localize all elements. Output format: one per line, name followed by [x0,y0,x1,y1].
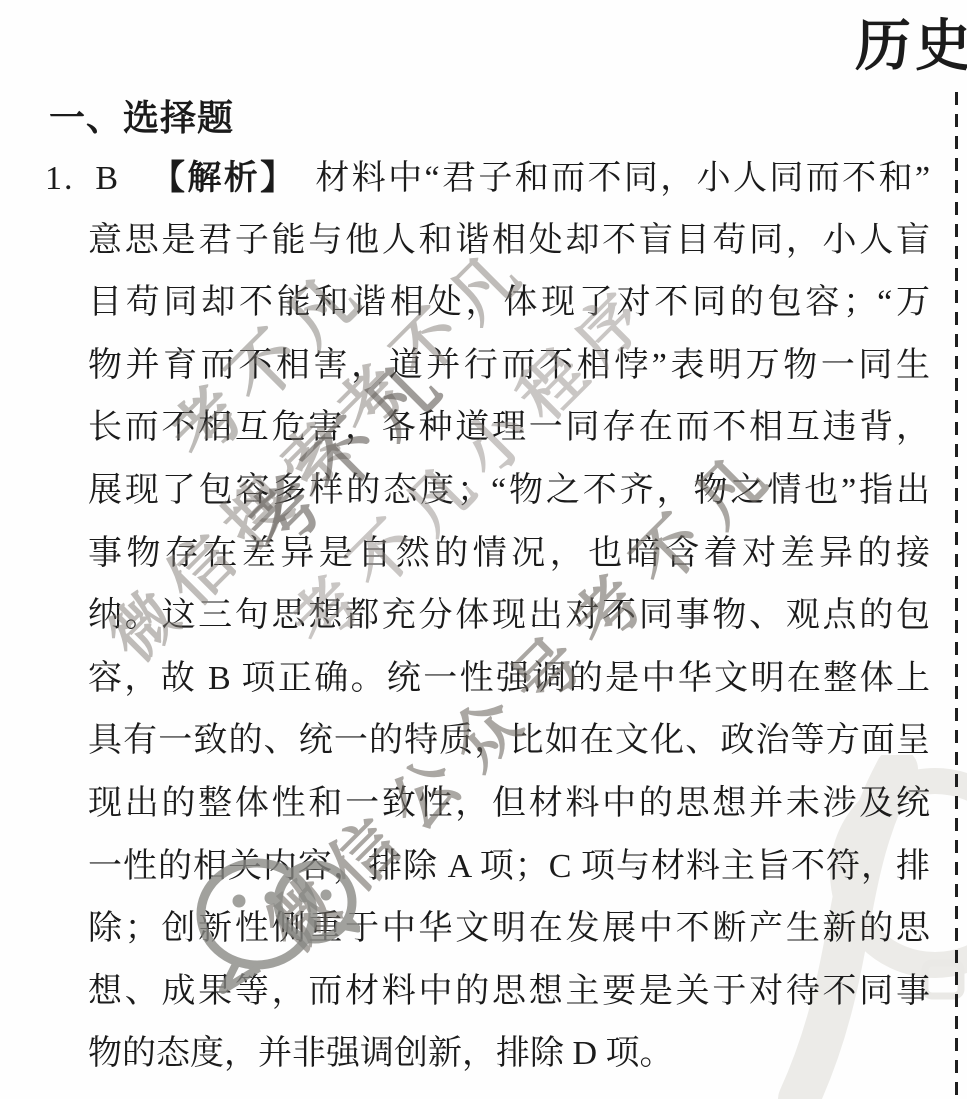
answer-line: 事物存在差异是自然的情况，也暗含着对差异的接 [88,523,930,586]
answer-line: 具有一致的、统一的特质，比如在文化、政治等方面呈 [88,710,930,773]
section-heading: 一、选择题 [49,90,234,141]
analysis-tag: 【解析】 [151,159,297,197]
scanned-answer-page: { "page": { "title": "历史(", "section_hea… [0,0,967,1099]
answer-line: 想、成果等，而材料中的思想主要是关于对待不同事 [88,961,930,1024]
answer-line: 展现了包容多样的态度；“物之不齐，物之情也”指出 [88,460,930,523]
column-divider-dashed-line [955,92,958,1099]
answer-line: 一性的相关内容，排除 A 项；C 项与材料主旨不符，排 [88,836,930,899]
answer-line: 目苟同却不能和谐相处，体现了对不同的包容；“万 [88,272,930,335]
answer-explanation-block: 1. B 【解析】 材料中“君子和而不同，小人同而不和” 意思是君子能与他人和谐… [45,147,930,1086]
answer-line: 物的态度，并非强调创新，排除 D 项。 [88,1023,930,1086]
question-number: 1. [45,160,75,197]
answer-line: 长而不相互危害，各种道理一同存在而不相互违背， [88,397,930,460]
answer-line: 除；创新性侧重于中华文明在发展中不断产生新的思 [88,898,930,961]
answer-line: 现出的整体性和一致性，但材料中的思想并未涉及统 [88,773,930,836]
answer-line: 1. B 【解析】 材料中“君子和而不同，小人同而不和” [45,147,930,210]
page-title: 历史( [855,2,967,82]
answer-line: 物并育而不相害，道并行而不相悖”表明万物一同生 [88,335,930,398]
answer-letter: B [95,160,118,197]
answer-line-text: 材料中“君子和而不同，小人同而不和” [315,160,930,197]
answer-line: 纳。这三句思想都充分体现出对不同事物、观点的包 [88,585,930,648]
answer-line: 容，故 B 项正确。统一性强调的是中华文明在整体上 [88,648,930,711]
answer-line: 意思是君子能与他人和谐相处却不盲目苟同，小人盲 [88,210,930,273]
